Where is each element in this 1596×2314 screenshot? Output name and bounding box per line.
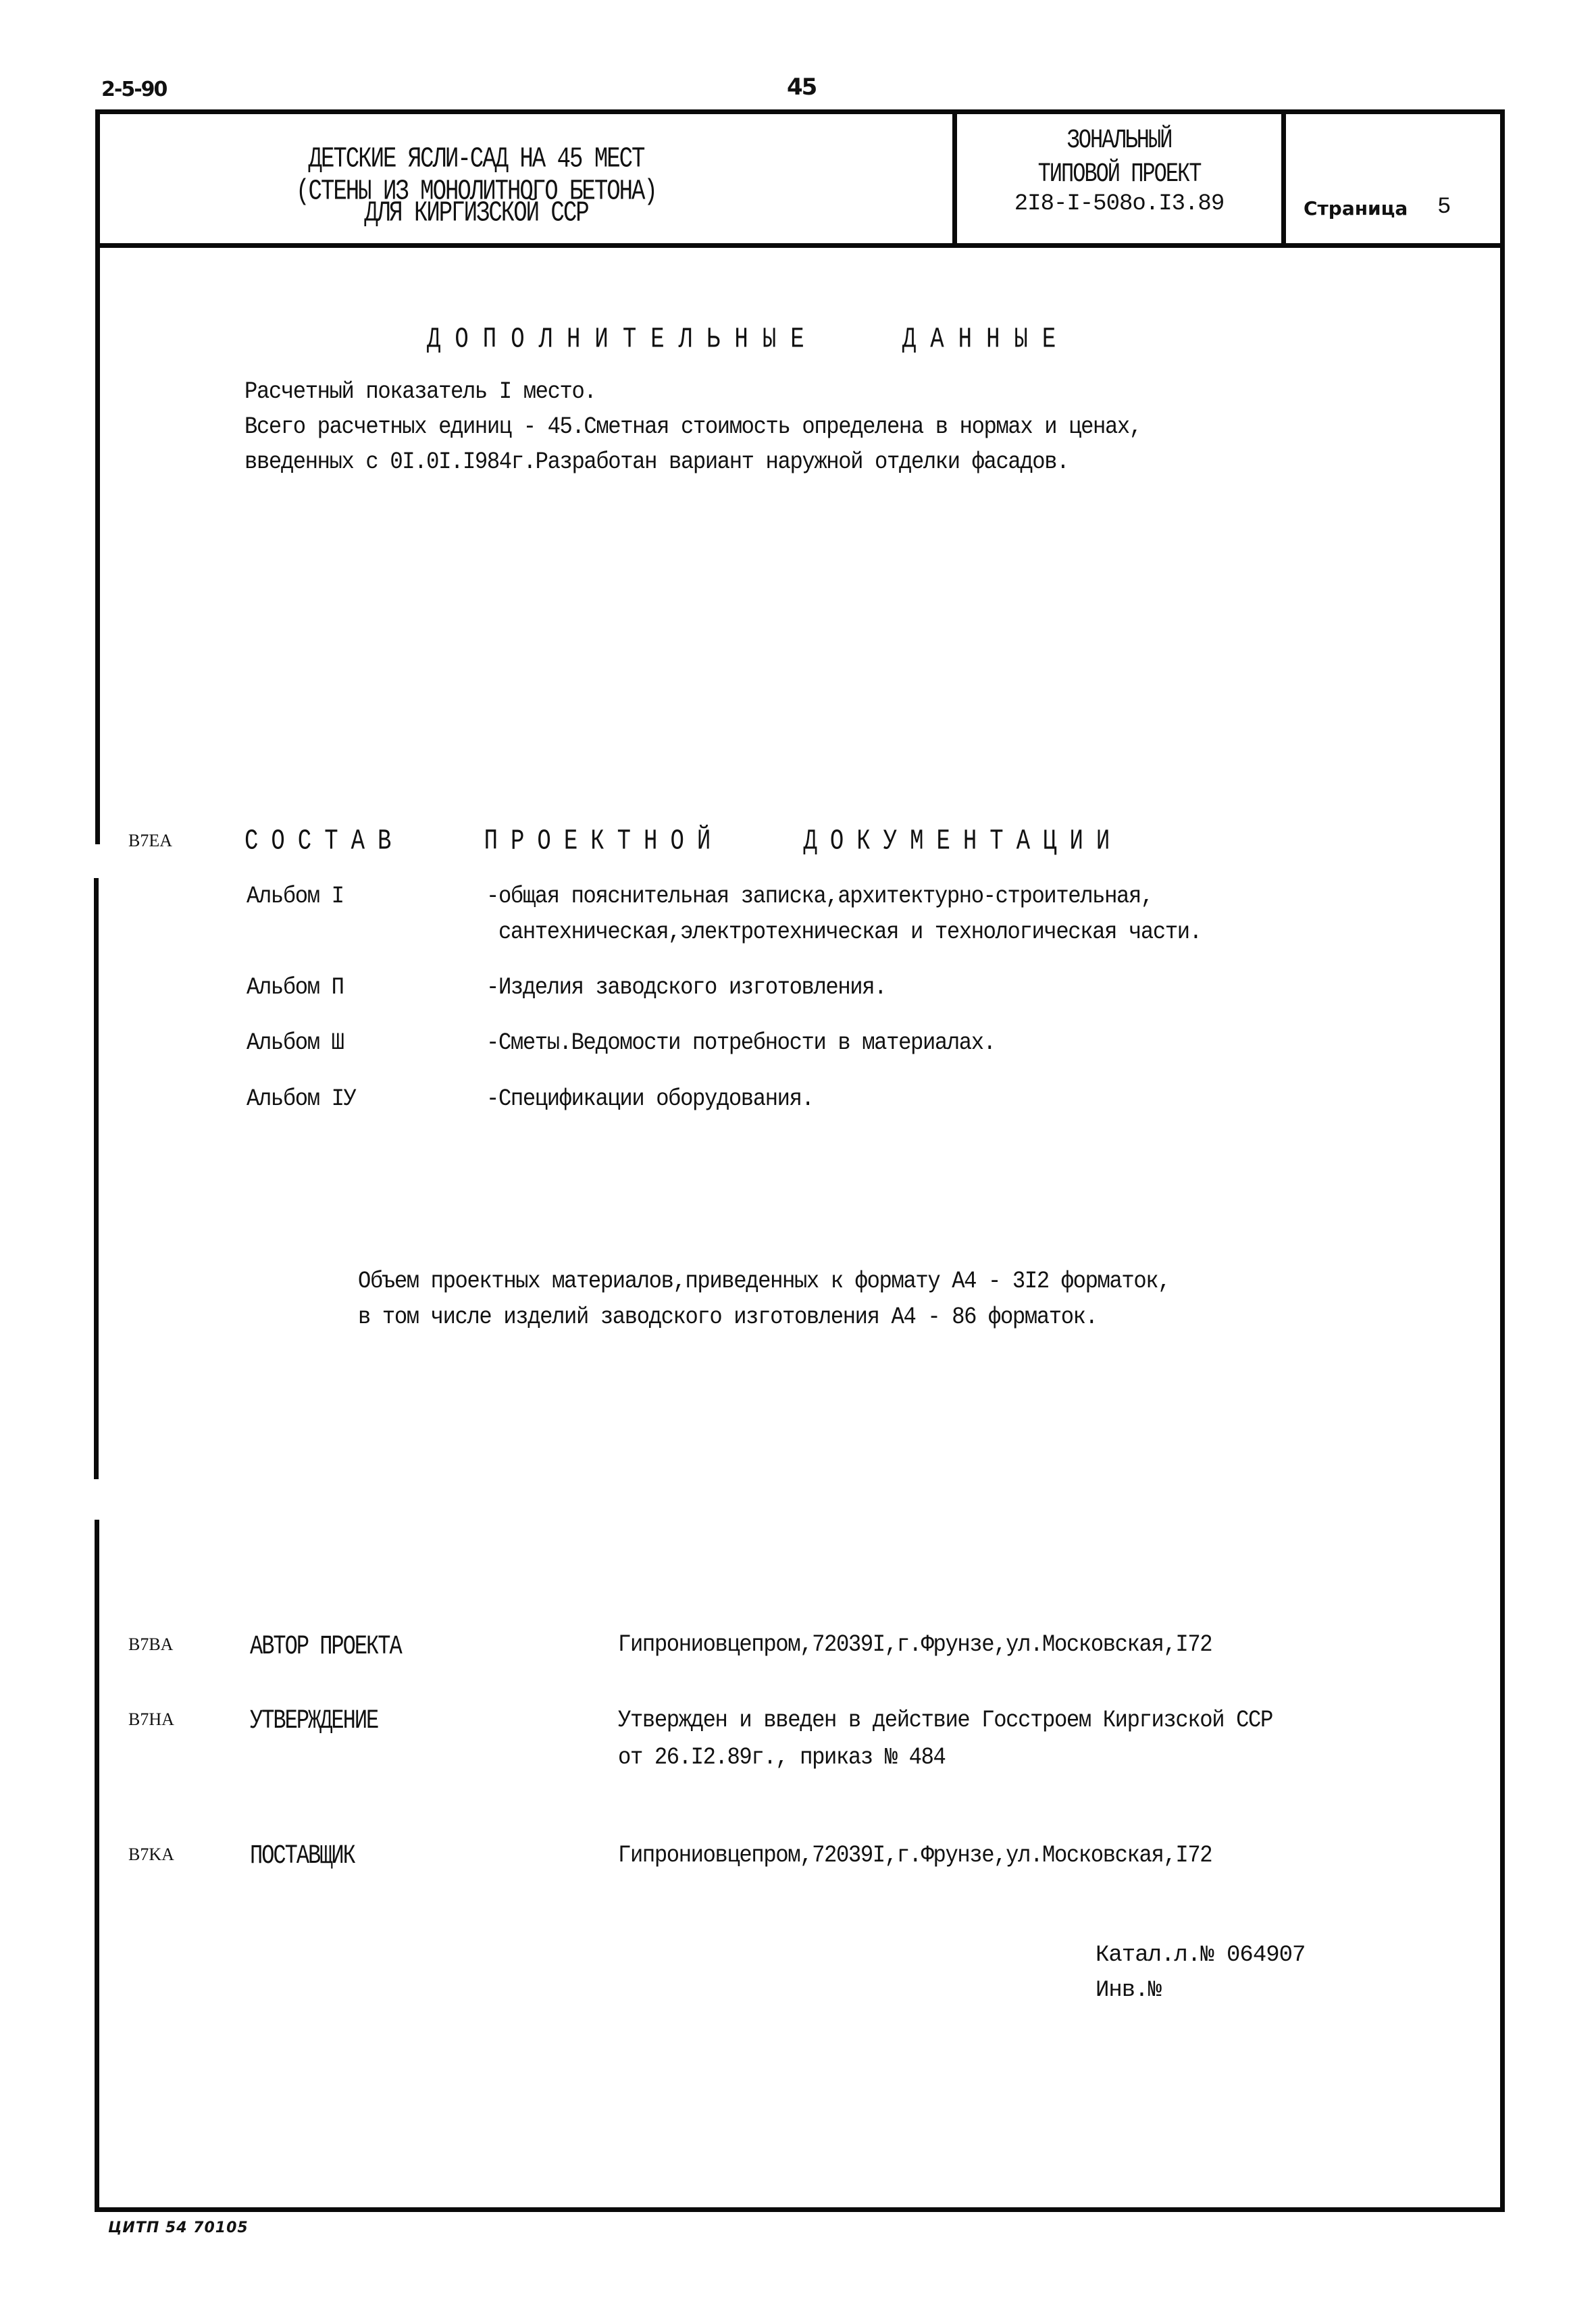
header-divider-1 xyxy=(952,109,957,247)
album-description: -Сметы.Ведомости потребности в материала… xyxy=(486,1031,996,1055)
header-bottom-rule xyxy=(97,243,1504,248)
section-heading: ДОПОЛНИТЕЛЬНЫЕ ДАННЫЕ xyxy=(427,326,1070,355)
page-label: Страница xyxy=(1304,199,1408,218)
frame-bottom xyxy=(97,2207,1504,2212)
album-label: Альбом I xyxy=(247,885,344,908)
frame-top xyxy=(97,109,1504,114)
additional-line-3: введенных с 0I.0I.I984г.Разработан вариа… xyxy=(244,451,1069,474)
project-zonal: ЗОНАЛЬНЫЙ xyxy=(957,127,1281,154)
catalog-number: Катал.л.№ 064907 xyxy=(1096,1944,1305,1967)
detail-value: Гипрониовцепром,72039I,г.Фрунзе,ул.Моско… xyxy=(618,1633,1212,1657)
detail-value: Утвержден и введен в действие Госстроем … xyxy=(618,1709,1272,1732)
frame-left-seg-3 xyxy=(95,1520,99,2212)
composition-heading: СОСТАВ ПРОЕКТНОЙ ДОКУМЕНТАЦИИ xyxy=(244,827,1123,856)
album-description-cont: сантехническая,электротехническая и техн… xyxy=(486,921,1202,944)
additional-line-2: Всего расчетных единиц - 45.Сметная стои… xyxy=(244,415,1141,439)
frame-left-seg-2 xyxy=(94,878,99,1479)
title-line-3: ДЛЯ КИРГИЗСКОЙ ССР xyxy=(0,199,952,228)
date-stamp: 2-5-90 xyxy=(101,80,166,100)
title-line-1: ДЕТСКИЕ ЯСЛИ-САД НА 45 МЕСТ xyxy=(0,145,952,174)
composition-code: B7EA xyxy=(128,832,172,850)
detail-label: ПОСТАВЩИК xyxy=(250,1843,355,1870)
project-type: ТИПОВОЙ ПРОЕКТ xyxy=(957,161,1281,188)
album-label: Альбом IУ xyxy=(247,1087,355,1111)
inventory-number: Инв.№ xyxy=(1096,1979,1161,2002)
detail-code: B7KA xyxy=(128,1846,174,1863)
album-description: -Изделия заводского изготовления. xyxy=(486,976,886,1000)
detail-value-cont: от 26.I2.89г., приказ № 484 xyxy=(618,1746,945,1770)
volume-line-2: в том числе изделий заводского изготовле… xyxy=(358,1306,1098,1329)
project-code: 2I8-I-508о.I3.89 xyxy=(957,192,1281,215)
detail-code: B7BA xyxy=(128,1636,173,1653)
sheet-number: 45 xyxy=(787,76,816,99)
page-number: 5 xyxy=(1437,196,1451,219)
additional-line-1: Расчетный показатель I место. xyxy=(244,380,596,404)
album-label: Альбом П xyxy=(247,976,344,1000)
volume-line-1: Объем проектных материалов,приведенных к… xyxy=(358,1270,1170,1293)
album-label: Альбом Ш xyxy=(247,1031,344,1055)
frame-right xyxy=(1500,109,1505,2212)
detail-label: УТВЕРЖДЕНИЕ xyxy=(250,1707,378,1734)
header-divider-2 xyxy=(1281,109,1286,247)
detail-code: B7HA xyxy=(128,1711,174,1728)
album-description: -общая пояснительная записка,архитектурн… xyxy=(486,885,1153,908)
print-code: ЦИТП 54 70105 xyxy=(108,2221,249,2236)
album-description: -Спецификации оборудования. xyxy=(486,1087,813,1111)
detail-value: Гипрониовцепром,72039I,г.Фрунзе,ул.Моско… xyxy=(618,1844,1212,1868)
detail-label: АВТОР ПРОЕКТА xyxy=(250,1633,401,1660)
